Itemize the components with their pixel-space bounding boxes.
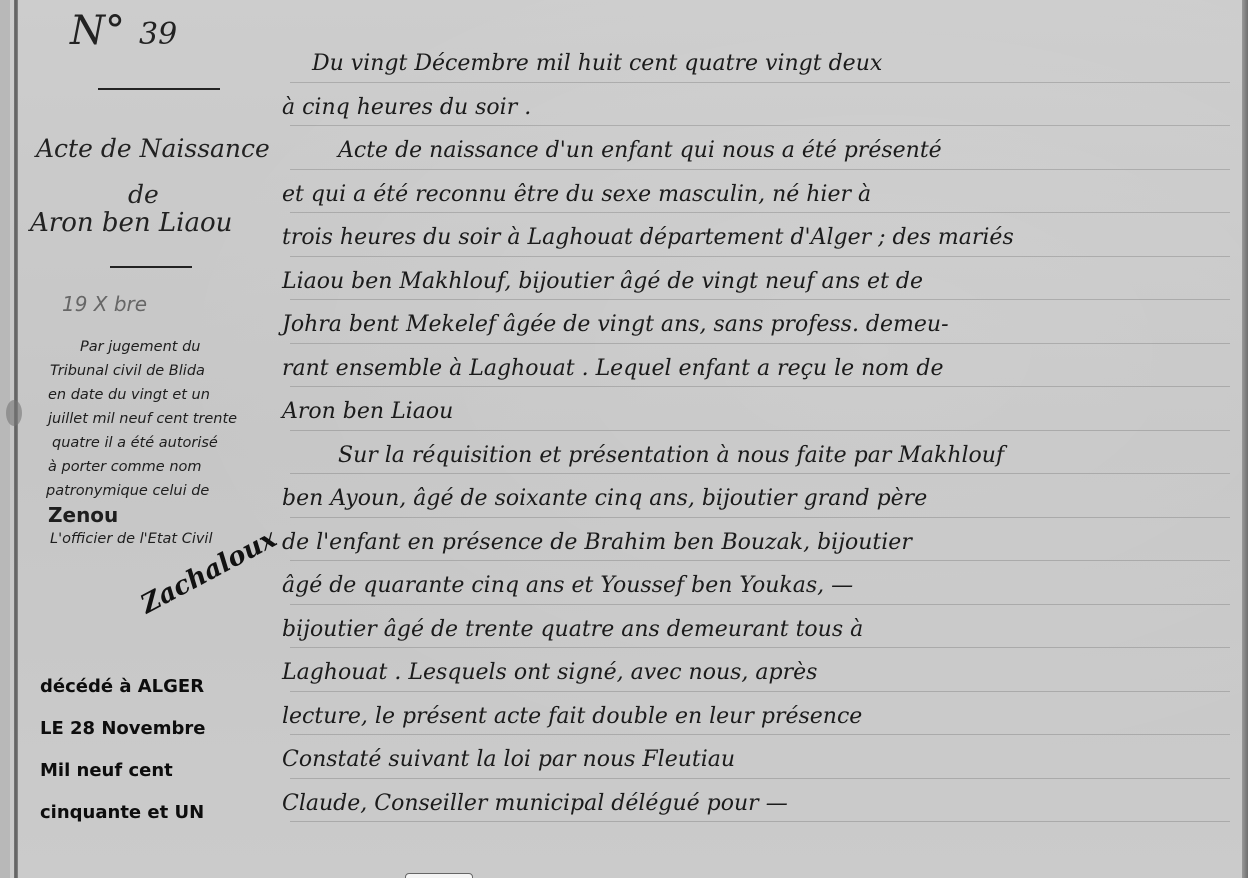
annotation-line: juillet mil neuf cent trente xyxy=(46,407,296,431)
death-annotation: décédé à ALGER LE 28 Novembre Mil neuf c… xyxy=(40,666,205,834)
annotation-line: Tribunal civil de Blida xyxy=(46,359,296,383)
acte-number: N°39 xyxy=(70,8,177,54)
binding-thread xyxy=(14,0,18,878)
divider xyxy=(110,266,192,268)
binding-knot xyxy=(6,400,22,426)
body-line: Claude, Conseiller municipal délégué pou… xyxy=(282,782,1222,826)
margin-title-line1: Acte de Naissance xyxy=(36,134,270,163)
death-note-line: LE 28 Novembre xyxy=(40,708,205,750)
body-line: ben Ayoun, âgé de soixante cinq ans, bij… xyxy=(282,477,1222,521)
body-line: trois heures du soir à Laghouat départem… xyxy=(282,216,1222,260)
body-line: rant ensemble à Laghouat . Lequel enfant… xyxy=(282,347,1222,391)
body-line: Du vingt Décembre mil huit cent quatre v… xyxy=(282,42,1222,86)
page-edge xyxy=(1242,0,1248,878)
annotation-surname: Zenou xyxy=(46,503,296,527)
body-line: bijoutier âgé de trente quatre ans demeu… xyxy=(282,608,1222,652)
divider xyxy=(98,88,220,90)
margin-title-name: Aron ben Liaou xyxy=(30,208,232,238)
margin-date-note: 19 X bre xyxy=(62,292,147,316)
death-note-line: Mil neuf cent xyxy=(40,750,205,792)
death-note-line: cinquante et UN xyxy=(40,792,205,834)
body-line: Sur la réquisition et présentation à nou… xyxy=(282,434,1222,478)
annotation-line: en date du vingt et un xyxy=(46,383,296,407)
body-line: de l'enfant en présence de Brahim ben Bo… xyxy=(282,521,1222,565)
binding-strip xyxy=(0,0,10,878)
annotation-line: à porter comme nom xyxy=(46,455,296,479)
body-line: âgé de quarante cinq ans et Youssef ben … xyxy=(282,564,1222,608)
body-line: lecture, le présent acte fait double en … xyxy=(282,695,1222,739)
annotation-line: Par jugement du xyxy=(46,335,296,359)
annotation-line: patronymique celui de xyxy=(46,479,296,503)
acte-number-prefix: N° xyxy=(70,8,125,54)
margin-annotation: Par jugement du Tribunal civil de Blida … xyxy=(46,335,296,551)
death-note-line: décédé à ALGER xyxy=(40,666,205,708)
birth-record-body: Du vingt Décembre mil huit cent quatre v… xyxy=(282,42,1222,825)
body-line: Acte de naissance d'un enfant qui nous a… xyxy=(282,129,1222,173)
margin-title-line2: de xyxy=(128,180,159,209)
child-name-line: Aron ben Liaou xyxy=(282,390,1222,434)
annotation-line: quatre il a été autorisé xyxy=(46,431,296,455)
acte-number-value: 39 xyxy=(139,17,177,52)
body-line: Johra bent Mekelef âgée de vingt ans, sa… xyxy=(282,303,1222,347)
body-line: Laghouat . Lesquels ont signé, avec nous… xyxy=(282,651,1222,695)
register-page: N°39 Acte de Naissance de Aron ben Liaou… xyxy=(0,0,1248,878)
body-line: Liaou ben Makhlouf, bijoutier âgé de vin… xyxy=(282,260,1222,304)
body-line: et qui a été reconnu être du sexe mascul… xyxy=(282,173,1222,217)
body-line: à cinq heures du soir . xyxy=(282,86,1222,130)
body-line: Constaté suivant la loi par nous Fleutia… xyxy=(282,738,1222,782)
scrollbar-thumb[interactable] xyxy=(405,873,473,878)
